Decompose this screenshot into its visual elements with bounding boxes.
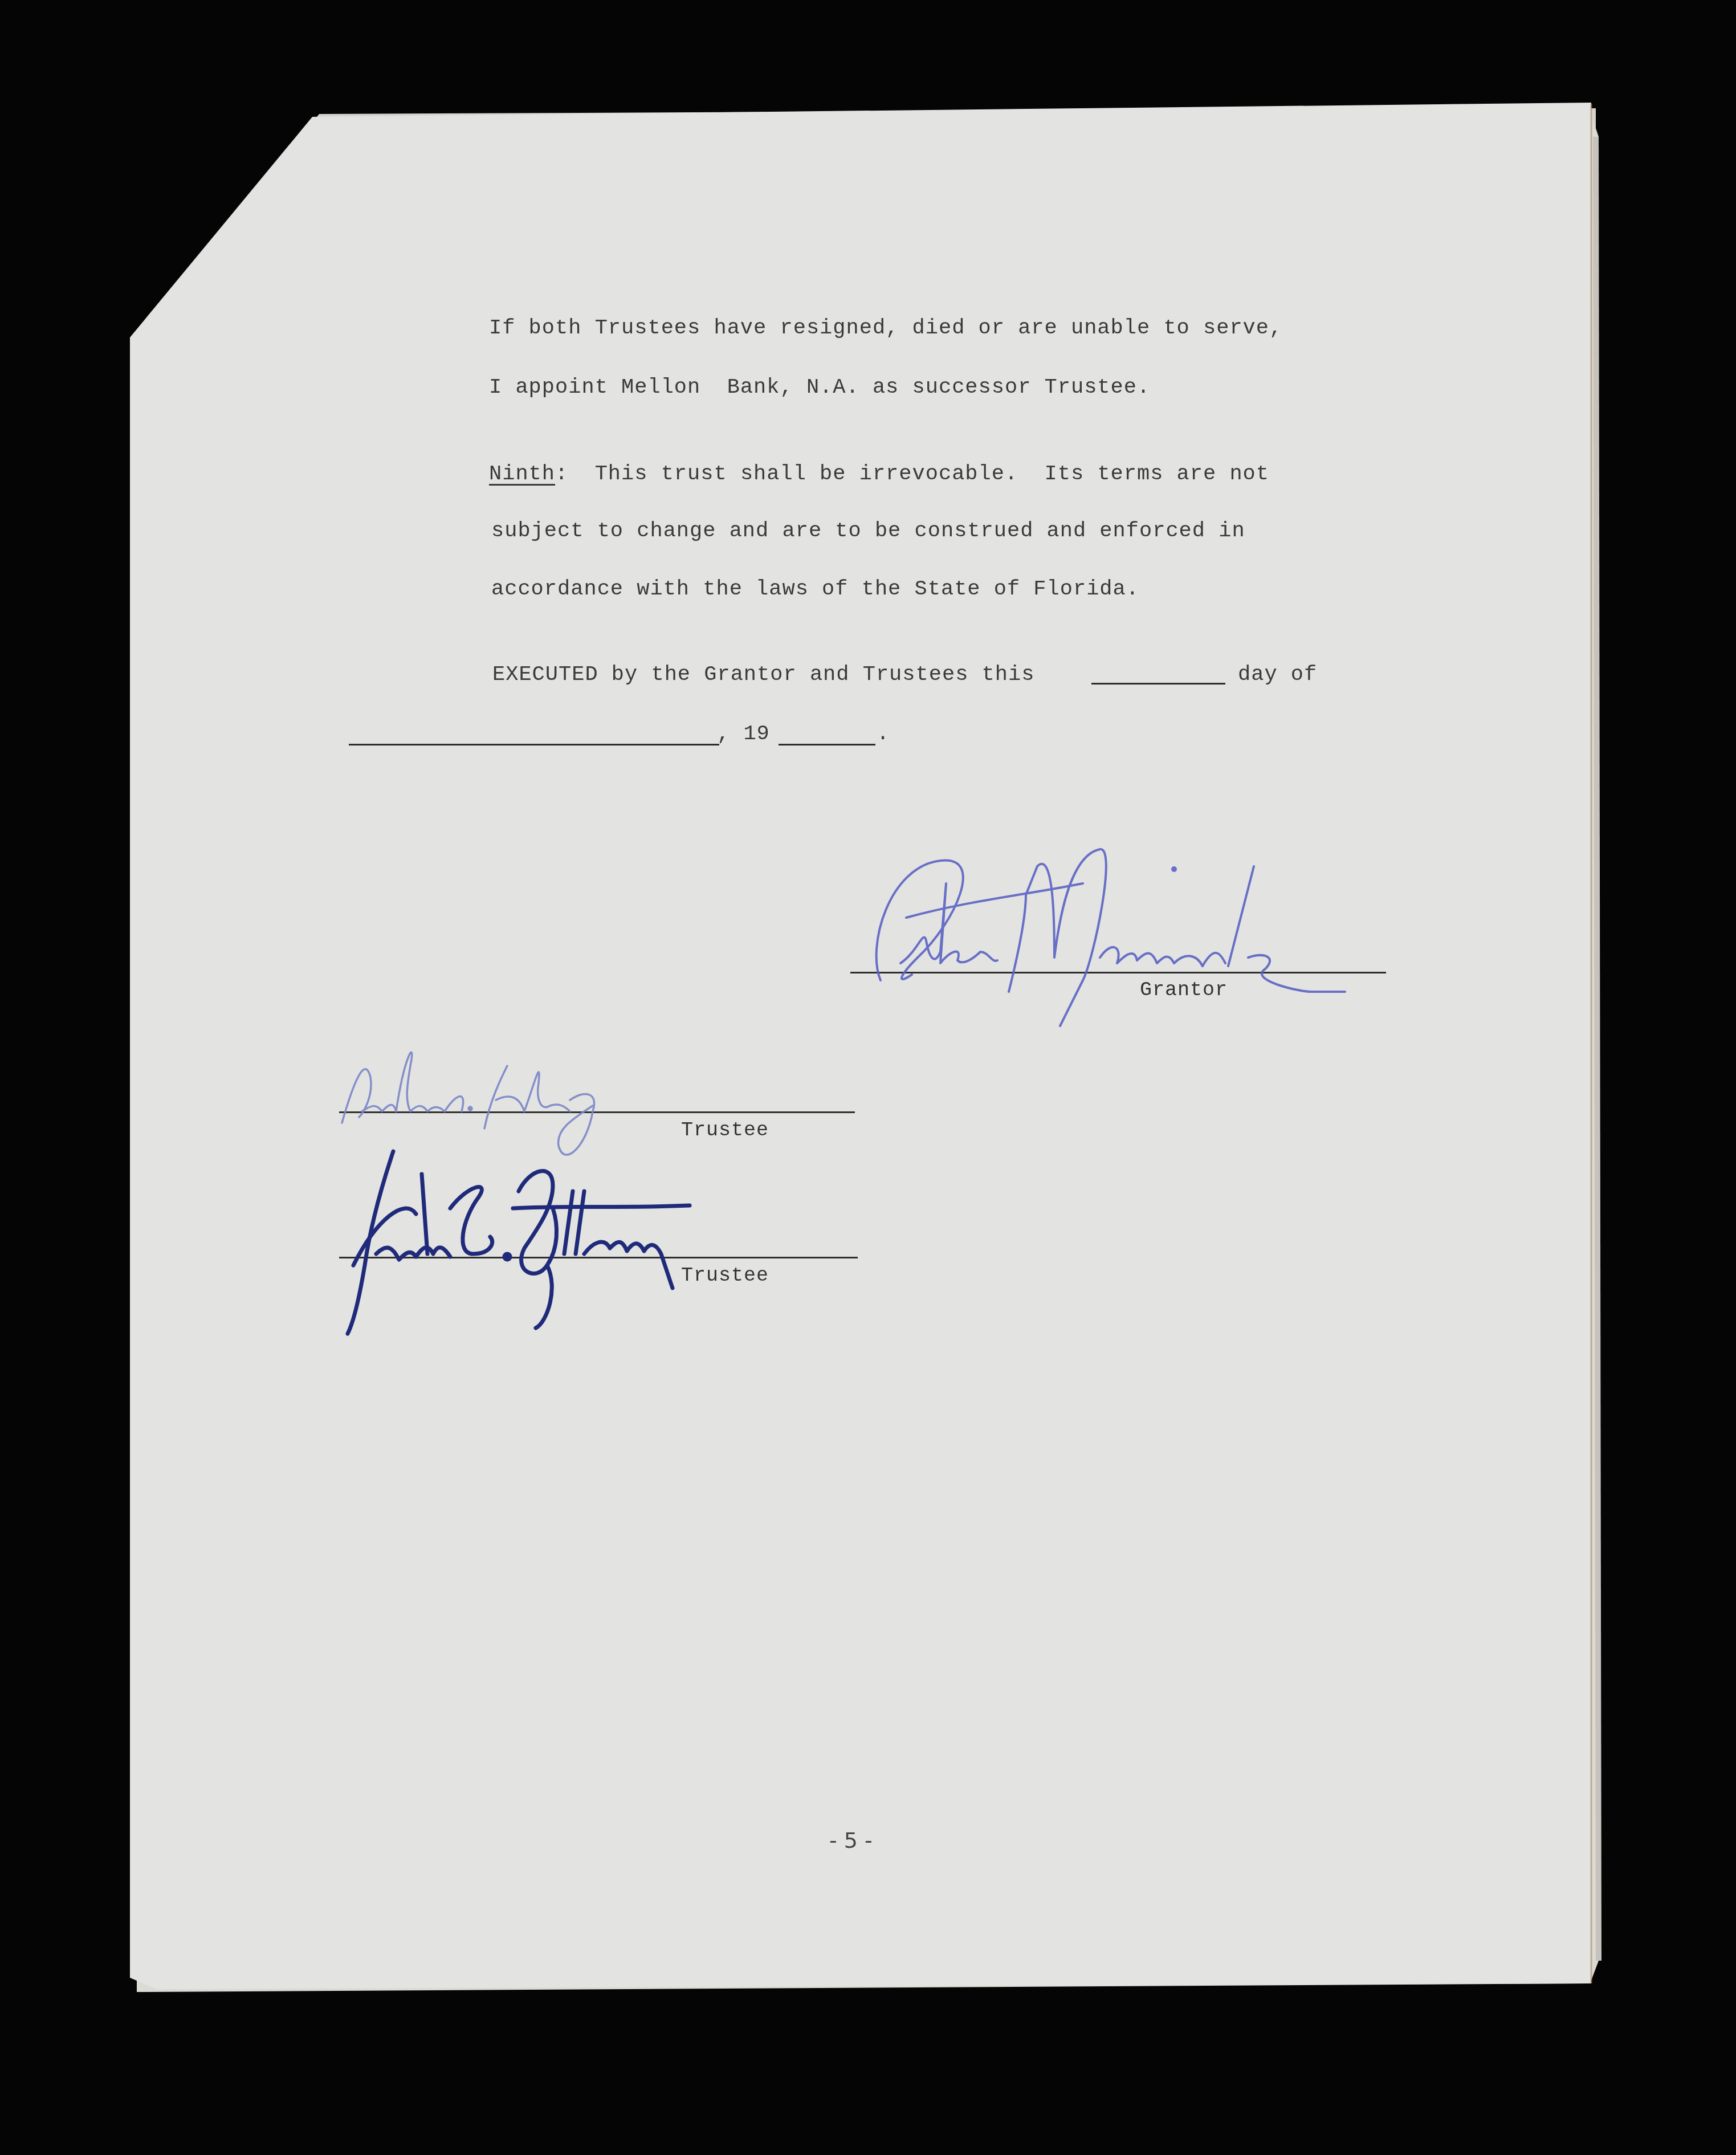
- ninth-clause-line-2: subject to change and are to be construe…: [491, 521, 1245, 542]
- month-blank: [349, 744, 719, 746]
- executed-line-1-start: EXECUTED by the Grantor and Trustees thi…: [492, 665, 1034, 686]
- grantor-signature: [855, 844, 1510, 1037]
- year-blank: [779, 744, 875, 746]
- ninth-clause-line-1: Ninth: This trust shall be irrevocable. …: [489, 464, 1269, 485]
- executed-line-1-end: day of: [1238, 665, 1317, 686]
- ninth-clause-text: : This trust shall be irrevocable. Its t…: [555, 462, 1269, 486]
- ninth-clause-line-3: accordance with the laws of the State of…: [491, 579, 1139, 600]
- ninth-heading: Ninth: [489, 462, 555, 486]
- trustee-2-signature: [342, 1140, 855, 1345]
- day-blank: [1091, 683, 1225, 685]
- page-number: - 5 -: [829, 1828, 873, 1853]
- year-prefix: , 19: [717, 724, 770, 745]
- successor-trustee-line-1: If both Trustees have resigned, died or …: [489, 318, 1282, 339]
- executed-line-2-end: .: [877, 724, 890, 745]
- successor-trustee-line-2: I appoint Mellon Bank, N.A. as successor…: [489, 377, 1150, 398]
